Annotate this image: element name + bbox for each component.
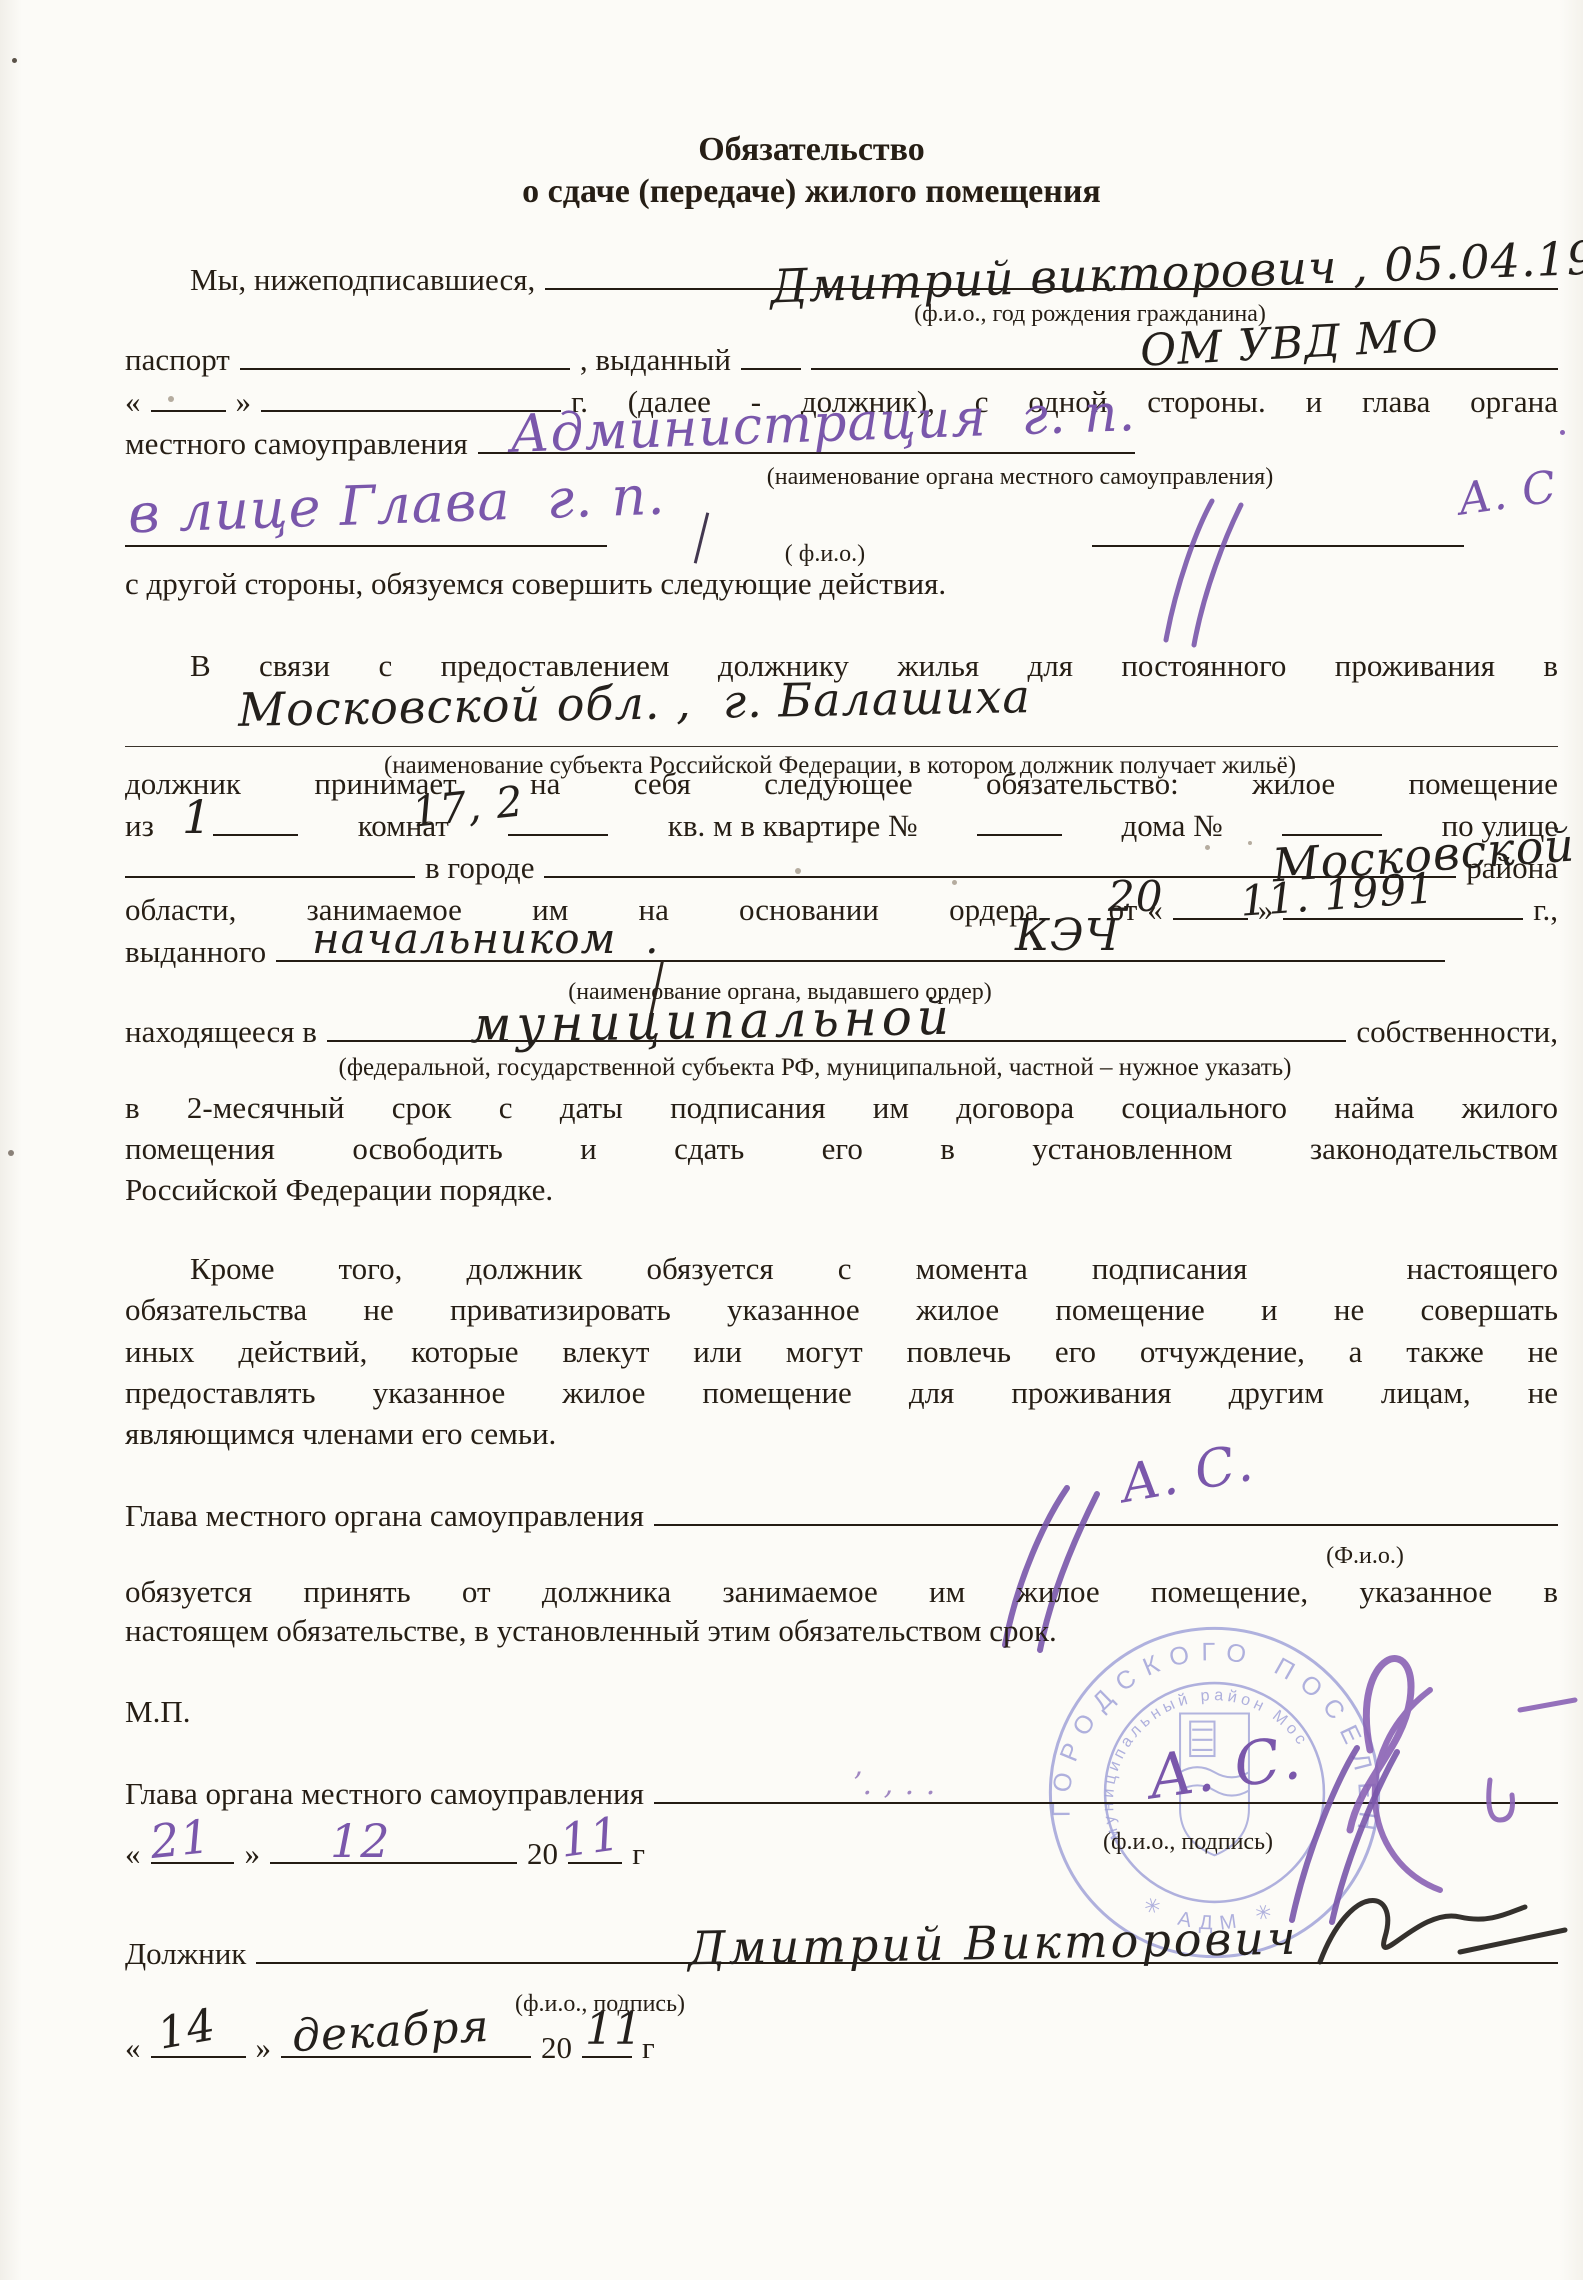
vydannogo-label: выданного	[125, 934, 266, 970]
g-comma-label: г.,	[1533, 892, 1558, 928]
hand-area: 17, 2	[410, 780, 526, 833]
stamp-place-label: М.П.	[125, 1694, 190, 1730]
hand-issuer-title: начальником .	[312, 918, 659, 960]
kv-m-label: кв. м в квартире №	[668, 808, 918, 844]
hand-date2-day: 14	[155, 2003, 220, 2056]
quote-open: «	[125, 384, 141, 420]
hand-rooms-count: 1	[182, 794, 212, 840]
date1-quote-open: «	[125, 1836, 141, 1872]
hand-issuer-org: КЭЧ	[1015, 914, 1120, 958]
caption-fio: ( ф.и.о.)	[745, 540, 905, 568]
scan-speck	[8, 1150, 14, 1156]
hand-region: Московской обл. , г. Балашиха	[238, 673, 1032, 733]
hand-ownership-type: муниципальной	[470, 992, 955, 1050]
scan-speck	[1560, 430, 1565, 435]
debtor-label: Должник	[125, 1936, 246, 1972]
scan-speck	[12, 58, 17, 63]
paragraph-besides-5: являющимся членами его семьи.	[125, 1416, 556, 1452]
quote-close: »	[236, 384, 252, 420]
we-label: Мы, нижеподписавшиеся,	[190, 262, 535, 298]
located-label: находящееся в	[125, 1014, 317, 1050]
passport-label: паспорт	[125, 342, 230, 378]
date2-quote-close: »	[256, 2030, 272, 2066]
iz-label: из	[125, 808, 154, 844]
region-underline	[125, 746, 1558, 747]
hand-date2-month: декабря	[291, 2005, 491, 2059]
head-org-label: Глава органа местного самоуправления	[125, 1776, 644, 1812]
date1-g-label: г	[632, 1836, 645, 1872]
line-head-local: Глава местного органа самоуправления	[125, 1498, 1558, 1534]
hand-date1-year: 11	[557, 1810, 623, 1864]
stray-mark	[795, 868, 801, 874]
hand-date2-year: 11	[585, 2008, 643, 2052]
passport-number-blank	[240, 364, 570, 370]
day-blank	[151, 406, 226, 412]
v-gorode-label: в городе	[425, 850, 534, 886]
flat-number-blank	[977, 830, 1062, 836]
stray-mark	[952, 880, 957, 885]
paragraph-obligation: должник принимает на себя следующее обяз…	[125, 766, 1558, 802]
order-day-blank	[1173, 914, 1248, 920]
head-local-sign-blank	[654, 1520, 1558, 1526]
paragraph-besides-1: Кроме того, должник обязуется с момента …	[125, 1251, 1558, 1287]
issued-label: , выданный	[580, 342, 731, 378]
doma-label: дома №	[1122, 808, 1223, 844]
stray-mark	[168, 396, 174, 402]
document-page: Обязательство о сдаче (передаче) жилого …	[0, 0, 1583, 2280]
stray-mark	[1248, 841, 1252, 845]
area-blank	[508, 830, 608, 836]
stray-mark	[1205, 845, 1210, 850]
paragraph-term-3: Российской Федерации порядке.	[125, 1172, 553, 1208]
paragraph-besides-2: обязательства не приватизировать указанн…	[125, 1292, 1558, 1328]
caption-ownership: (федеральной, государственной субъекта Р…	[170, 1054, 1460, 1082]
hand-head-org-marks: ʼ. , . .	[852, 1770, 936, 1800]
date1-month-blank	[270, 1858, 517, 1864]
paragraph-term-1: в 2-месячный срок с даты подписания им д…	[125, 1090, 1558, 1126]
hand-date1-month: 12	[330, 1818, 391, 1864]
paragraph-accept-2: настоящем обязательстве, в установленный…	[125, 1613, 1057, 1649]
hand-debtor-name: Дмитрий Викторович	[688, 1915, 1299, 1972]
date2-quote-open: «	[125, 2030, 141, 2066]
date1-quote-close: »	[244, 1836, 260, 1872]
date2-g-label: г	[642, 2030, 655, 2066]
date2-year-prefix: 20	[541, 2030, 572, 2066]
issued-blank-short	[741, 364, 801, 370]
caption-head-fio: (Ф.и.о.)	[1280, 1542, 1450, 1570]
paragraph-besides-4: предоставлять указанное жилое помещение …	[125, 1375, 1558, 1411]
document-title-line2: о сдаче (передаче) жилого помещения	[40, 174, 1583, 210]
hand-side-initials: А. С	[1455, 465, 1559, 522]
paragraph-besides-3: иных действий, которые влекут или могут …	[125, 1334, 1558, 1370]
signature-flourish-icon	[1262, 1740, 1412, 1925]
ownership-label: собственности,	[1356, 1014, 1558, 1050]
paragraph-term-2: помещения освободить и сдать его в устан…	[125, 1131, 1558, 1167]
street-blank	[125, 872, 415, 878]
hand-date1-day: 21	[148, 1813, 213, 1865]
head-local-label: Глава местного органа самоуправления	[125, 1498, 644, 1534]
line-actions: с другой стороны, обязуемся совершить сл…	[125, 566, 946, 602]
hand-in-person-of: в лице Глава г. п.	[127, 469, 666, 542]
document-title-line1: Обязательство	[40, 132, 1583, 168]
stray-mark	[694, 512, 709, 563]
signature-flourish-icon	[1146, 495, 1256, 645]
local-gov-label: местного самоуправления	[125, 426, 468, 462]
in-person-underline	[125, 545, 607, 547]
rooms-blank	[213, 830, 298, 836]
date1-year-prefix: 20	[527, 1836, 558, 1872]
caption-org-name: (наименование органа местного самоуправл…	[700, 463, 1340, 491]
